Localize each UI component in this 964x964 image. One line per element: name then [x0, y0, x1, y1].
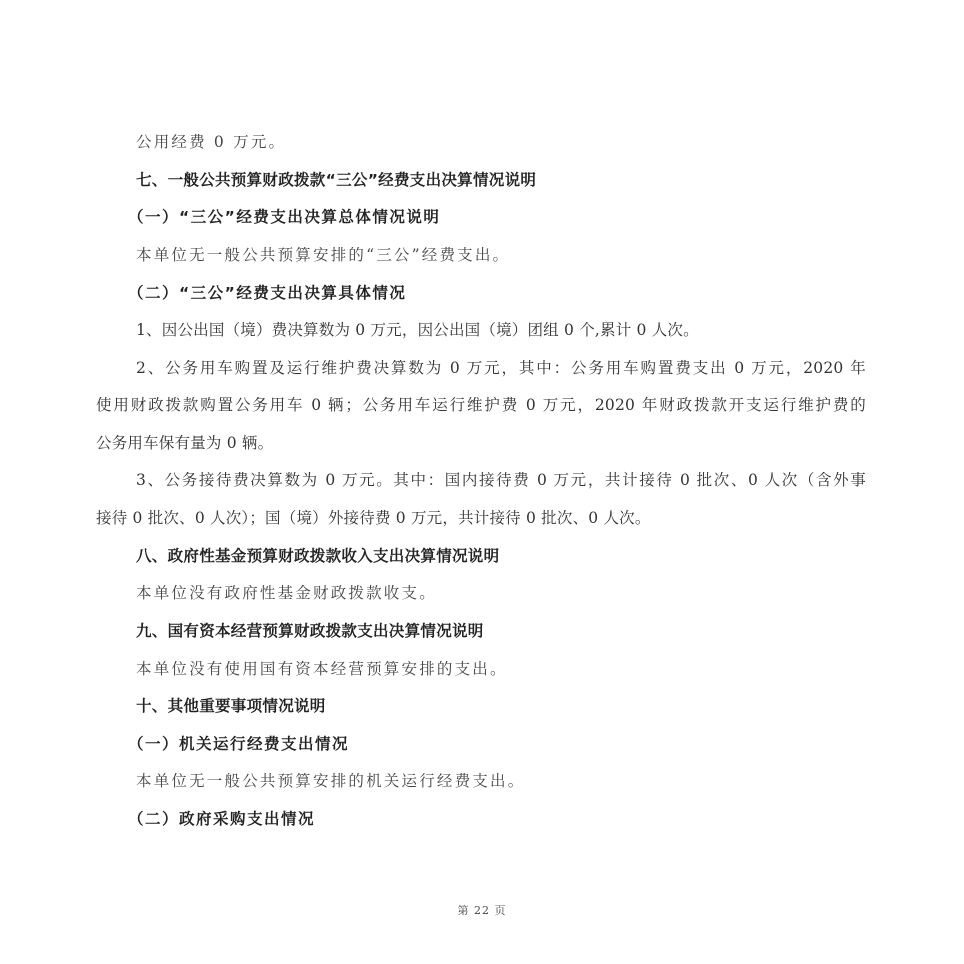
paragraph-item-1: 1、因公出国（境）费决算数为 0 万元，因公出国（境）团组 0 个,累计 0 人… [136, 320, 699, 340]
subsection-heading-10-2: （二）政府采购支出情况 [128, 809, 315, 829]
paragraph-10-1: 本单位无一般公共预算安排的机关运行经费支出。 [136, 771, 525, 791]
section-heading-10: 十、其他重要事项情况说明 [136, 696, 326, 716]
page-number: 第 22 页 [0, 902, 964, 918]
paragraph-item-3-line-1: 3、公务接待费决算数为 0 万元。其中：国内接待费 0 万元，共计接待 0 批次… [136, 470, 866, 490]
paragraph-9: 本单位没有使用国有资本经营预算安排的支出。 [136, 659, 508, 679]
paragraph-item-2-line-2: 使用财政拨款购置公务用车 0 辆；公务用车运行维护费 0 万元，2020 年财政… [96, 395, 866, 415]
subsection-heading-7-1: （一）“三公”经费支出决算总体情况说明 [128, 207, 440, 227]
paragraph-item-3-line-2: 接待 0 批次、0 人次）；国（境）外接待费 0 万元，共计接待 0 批次、0 … [96, 508, 651, 528]
paragraph-item-2-line-3: 公务用车保有量为 0 辆。 [96, 433, 273, 453]
subsection-heading-7-2: （二）“三公”经费支出决算具体情况 [128, 283, 406, 303]
section-heading-9: 九、国有资本经营预算财政拨款支出决算情况说明 [136, 621, 484, 641]
section-heading-8: 八、政府性基金预算财政拨款收入支出决算情况说明 [136, 546, 499, 566]
paragraph-public-funds: 公用经费 0 万元。 [136, 132, 286, 152]
paragraph-8: 本单位没有政府性基金财政拨款收支。 [136, 583, 437, 603]
paragraph-item-2-line-1: 2、公务用车购置及运行维护费决算数为 0 万元，其中：公务用车购置费支出 0 万… [136, 358, 866, 378]
subsection-heading-10-1: （一）机关运行经费支出情况 [128, 734, 349, 754]
paragraph-7-1: 本单位无一般公共预算安排的“三公”经费支出。 [136, 245, 510, 265]
section-heading-7: 七、一般公共预算财政拨款“三公”经费支出决算情况说明 [136, 170, 536, 190]
